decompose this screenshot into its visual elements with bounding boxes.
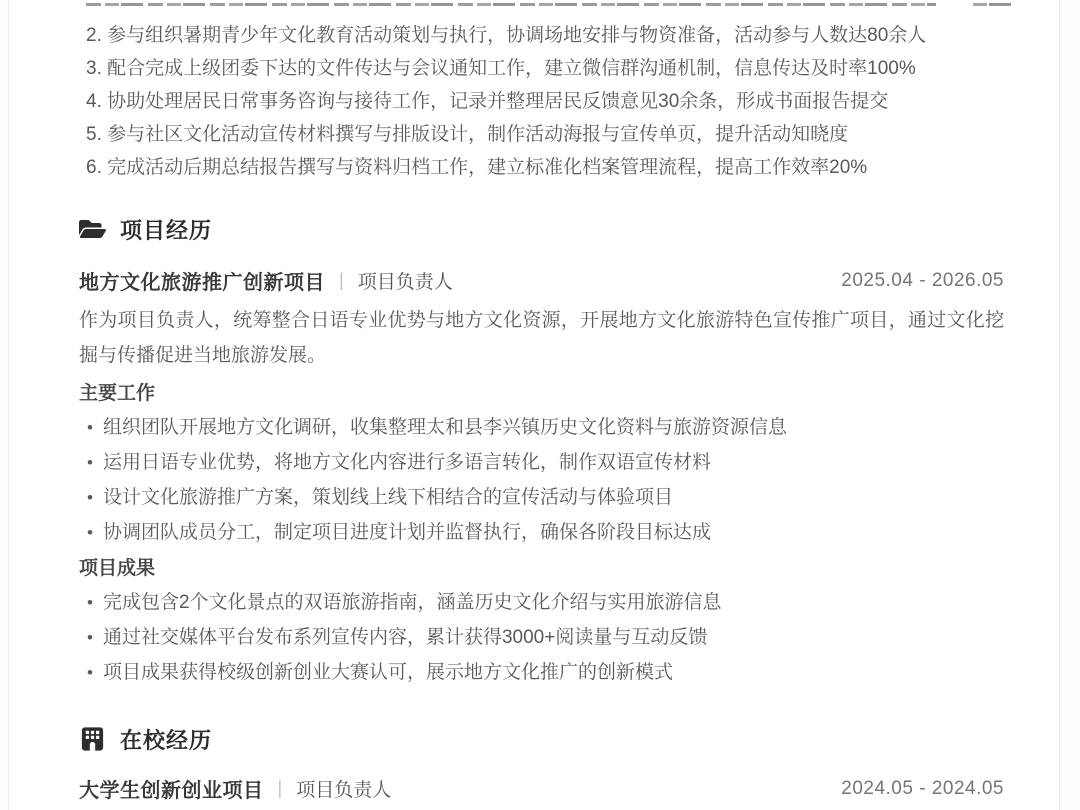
campus-section-header: 在校经历 xyxy=(79,724,1004,754)
project-experience-section: 项目经历 地方文化旅游推广创新项目 | 项目负责人 2025.04 - 2026… xyxy=(79,214,1004,690)
project-results-label: 项目成果 xyxy=(79,556,1004,581)
title-role-separator: | xyxy=(339,270,344,291)
main-work-list: 组织团队开展地方文化调研，收集整理太和县李兴镇历史文化资料与旅游资源信息 运用日… xyxy=(79,410,1004,550)
main-work-item: 设计文化旅游推广方案，策划线上线下相结合的宣传活动与体验项目 xyxy=(87,480,1004,515)
campus-project-role: 项目负责人 xyxy=(296,775,391,802)
work-duty-item: 2. 参与组织暑期青少年文化教育活动策划与执行，协调场地安排与物资准备，活动参与… xyxy=(86,19,1004,52)
campus-date-range: 2024.05 - 2024.05 xyxy=(841,778,1004,800)
title-role-separator: | xyxy=(278,778,283,799)
project-date-range: 2025.04 - 2026.05 xyxy=(841,270,1004,292)
project-result-item: 完成包含2个文化景点的双语旅游指南，涵盖历史文化介绍与实用旅游信息 xyxy=(87,585,1004,620)
work-duty-list: 2. 参与组织暑期青少年文化教育活动策划与执行，协调场地安排与物资准备，活动参与… xyxy=(79,19,1004,184)
project-result-item: 项目成果获得校级创新创业大赛认可，展示地方文化推广的创新模式 xyxy=(87,655,1004,690)
main-work-item: 协调团队成员分工，制定项目进度计划并监督执行，确保各阶段目标达成 xyxy=(87,515,1004,550)
clipped-text-line xyxy=(86,0,1011,7)
folder-open-icon xyxy=(79,217,106,241)
work-duty-item: 5. 参与社区文化活动宣传材料撰写与排版设计，制作活动海报与宣传单页，提升活动知… xyxy=(86,118,1004,151)
project-entry-header: 地方文化旅游推广创新项目 | 项目负责人 2025.04 - 2026.05 xyxy=(79,268,1004,293)
campus-experience-section: 在校经历 大学生创新创业项目 | 项目负责人 2024.05 - 2024.05 xyxy=(79,724,1004,801)
campus-project-name: 大学生创新创业项目 xyxy=(79,774,264,803)
project-section-header: 项目经历 xyxy=(79,214,1004,244)
section-title: 在校经历 xyxy=(120,724,212,755)
work-duty-item: 3. 配合完成上级团委下达的文件传达与会议通知工作，建立微信群沟通机制，信息传达… xyxy=(86,52,1004,85)
work-duty-item: 6. 完成活动后期总结报告撰写与资料归档工作，建立标准化档案管理流程，提高工作效… xyxy=(86,151,1004,184)
project-result-item: 通过社交媒体平台发布系列宣传内容，累计获得3000+阅读量与互动反馈 xyxy=(87,620,1004,655)
main-work-label: 主要工作 xyxy=(79,381,1004,406)
project-name: 地方文化旅游推广创新项目 xyxy=(79,266,325,295)
project-summary: 作为项目负责人，统筹整合日语专业优势与地方文化资源，开展地方文化旅游特色宣传推广… xyxy=(79,303,1004,373)
section-title: 项目经历 xyxy=(120,214,212,245)
project-role: 项目负责人 xyxy=(358,267,453,294)
project-results-list: 完成包含2个文化景点的双语旅游指南，涵盖历史文化介绍与实用旅游信息 通过社交媒体… xyxy=(79,585,1004,690)
resume-page: 2. 参与组织暑期青少年文化教育活动策划与执行，协调场地安排与物资准备，活动参与… xyxy=(8,0,1060,810)
campus-entry-header: 大学生创新创业项目 | 项目负责人 2024.05 - 2024.05 xyxy=(79,776,1004,801)
main-work-item: 组织团队开展地方文化调研，收集整理太和县李兴镇历史文化资料与旅游资源信息 xyxy=(87,410,1004,445)
main-work-item: 运用日语专业优势，将地方文化内容进行多语言转化，制作双语宣传材料 xyxy=(87,445,1004,480)
building-icon xyxy=(79,727,106,751)
work-duty-item: 4. 协助处理居民日常事务咨询与接待工作，记录并整理居民反馈意见30余条，形成书… xyxy=(86,85,1004,118)
